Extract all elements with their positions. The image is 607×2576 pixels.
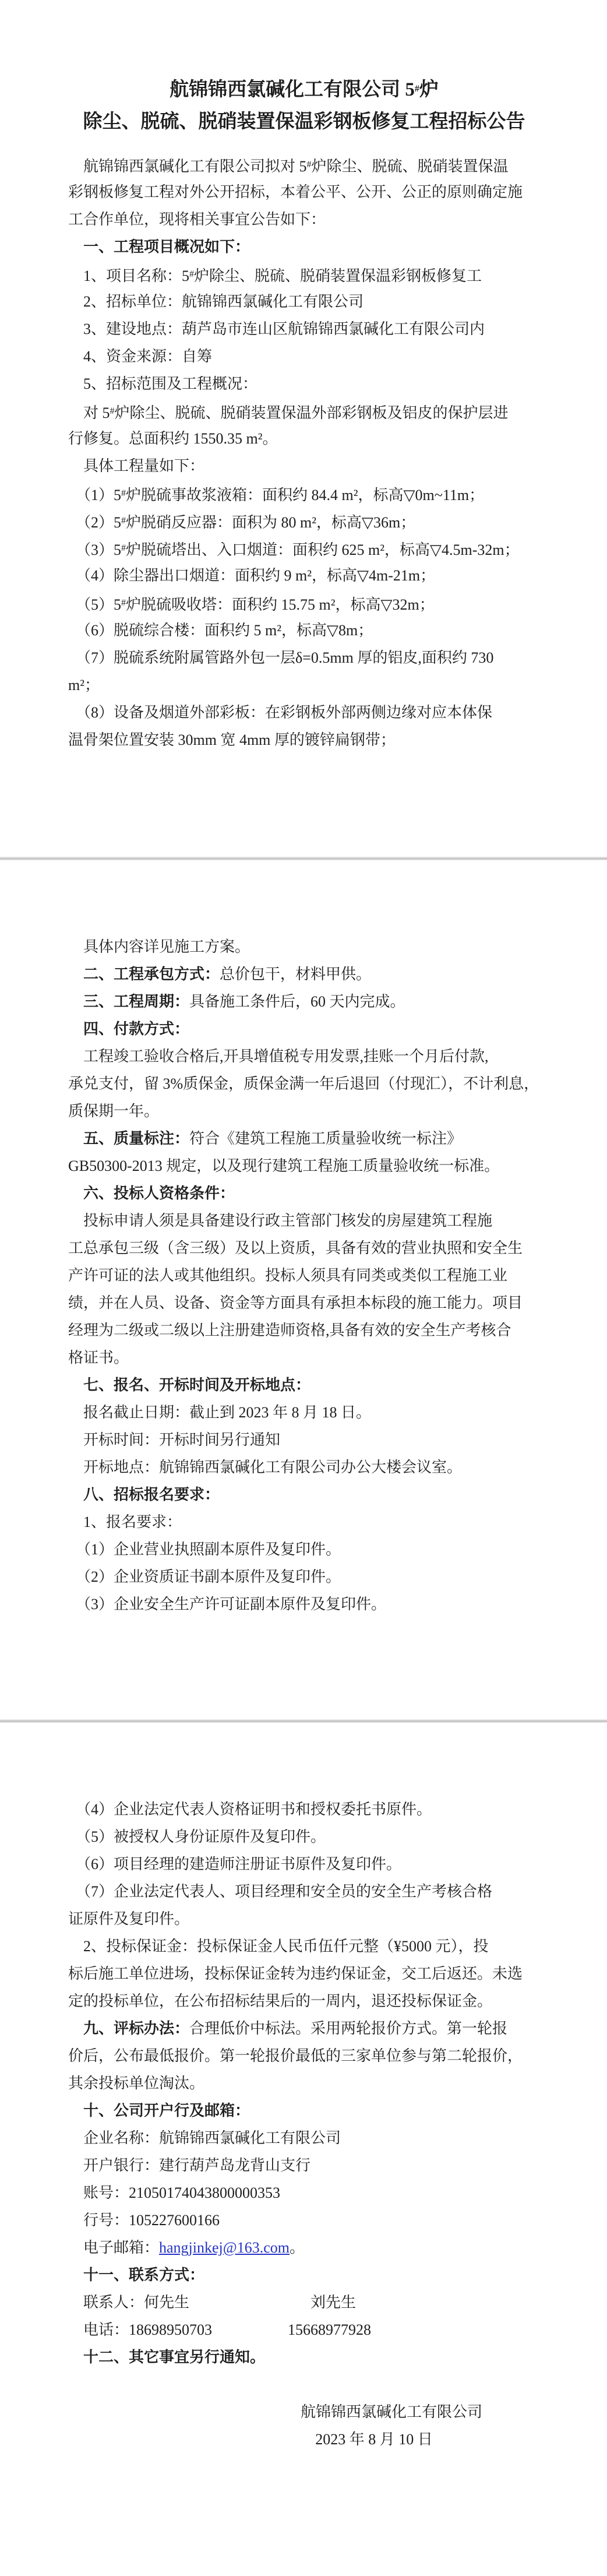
text-line: 开标地点：航锦锦西氯碱化工有限公司办公大楼会议室。 [68,1454,540,1481]
text-line: 四、付款方式： [68,1015,540,1043]
text-segment: 报名截止日期：截止到 2023 年 8 月 18 日。 [68,1404,371,1421]
text-segment: 经理为二级或二级以上注册建造师资格,具备有效的安全生产考核合 [68,1322,511,1339]
text-segment: # [121,543,126,553]
document-page-3: （4）企业法定代表人资格证明书和授权委托书原件。 （5）被授权人身份证原件及复印… [0,1723,607,2576]
text-segment: （6）脱硫综合楼：面积约 5 m²，标高▽8m； [68,622,373,639]
text-segment: 2、投标保证金：投标保证金人民币伍仟元整（¥5000 元），投 [68,1938,489,1955]
text-line: m²； [68,671,540,699]
text-line: 工合作单位，现将相关事宜公告如下： [68,206,540,233]
text-segment: 炉脱硝反应器：面积为 80 m²，标高▽36m； [126,514,415,531]
text-line: （8）设备及烟道外部彩板：在彩钢板外部两侧边缘对应本体保 [68,699,540,726]
text-segment: （5）被授权人身份证原件及复印件。 [68,1828,326,1845]
text-line: 5、招标范围及工程概况： [68,370,540,397]
text-segment: 行号：105227600166 [68,2212,220,2229]
text-segment: 二、工程承包方式： [83,966,220,983]
text-segment: # [121,488,126,498]
text-segment: （3）企业安全生产许可证副本原件及复印件。 [68,1596,386,1613]
text-segment: 三、工程周期： [83,993,189,1010]
text-line: 电子邮箱：hangjinkej@163.com。 [68,2234,540,2261]
text-segment: 开户银行：建行葫芦岛龙背山支行 [68,2157,310,2174]
text-segment: 八、招标报名要求： [83,1486,220,1503]
document-page-2: 具体内容详见施工方案。 二、工程承包方式：总价包干，材料甲供。 三、工程周期：具… [0,860,607,1719]
text-line: 格证书。 [68,1344,540,1371]
text-segment: 十一、联系方式： [83,2267,204,2283]
signature-line: 航锦锦西氯碱化工有限公司 [68,2398,540,2426]
text-segment: （4）企业法定代表人资格证明书和授权委托书原件。 [68,1801,432,1818]
text-line: （2）5#炉脱硝反应器：面积为 80 m²，标高▽36m； [68,507,540,534]
text-line: 其余投标单位淘汰。 [68,2070,540,2097]
text-segment: （5）5 [68,596,121,613]
text-segment [68,1020,83,1037]
text-line: 定的投标单位，在公布招标结果后的一周内，退还投标保证金。 [68,1987,540,2015]
text-segment: 绩，并在人员、设备、资金等方面具有承担本标段的施工能力。项目 [68,1294,523,1311]
text-line: 价后，公布最低报价。第一轮报价最低的三家单位参与第二轮报价， [68,2042,540,2070]
spacer-line [68,2371,540,2398]
text-segment: 航锦锦西氯碱化工有限公司拟对 5 [68,158,307,175]
text-line: 行号：105227600166 [68,2207,540,2234]
text-line: 具体工程量如下： [68,452,540,480]
document-page-1: 航锦锦西氯碱化工有限公司 5#炉除尘、脱硫、脱硝装置保温彩钢板修复工程招标公告 … [0,0,607,857]
text-line: （3）5#炉脱硫塔出、入口烟道：面积约 625 m²，标高▽4.5m-32m； [68,534,540,562]
text-segment: m²； [68,677,100,694]
text-segment: 5、招标范围及工程概况： [68,375,257,392]
text-segment: 4、资金来源：自筹 [68,348,212,365]
text-segment [68,2102,83,2119]
text-line: 三、工程周期：具备施工条件后，60 天内完成。 [68,988,540,1015]
text-segment: # [415,84,419,94]
text-line: 十一、联系方式： [68,2261,540,2289]
text-segment [68,2267,83,2283]
text-segment: 炉除尘、脱硫、脱硝装置保温彩钢板修复工 [194,268,482,284]
text-segment: （7）企业法定代表人、项目经理和安全员的安全生产考核合格 [68,1883,492,1900]
text-line: 开户银行：建行葫芦岛龙背山支行 [68,2152,540,2179]
text-segment [68,1185,83,1202]
text-line: 八、招标报名要求： [68,1481,540,1508]
text-line: 4、资金来源：自筹 [68,343,540,370]
text-line: 产许可证的法人或其他组织。投标人须具有同类或类似工程施工业 [68,1262,540,1289]
text-segment: 四、付款方式： [83,1020,189,1037]
text-segment: 七、报名、开标时间及开标地点： [83,1377,310,1393]
text-line: GB50300-2013 规定，以及现行建筑工程施工质量验收统一标准。 [68,1152,540,1180]
text-line: 1、报名要求： [68,1508,540,1536]
text-segment: 1、报名要求： [68,1514,182,1530]
text-line: 证原件及复印件。 [68,1905,540,1933]
text-segment: # [307,160,312,170]
text-line: （5）5#炉脱硫吸收塔：面积约 15.75 m²，标高▽32m； [68,589,540,617]
text-line: 七、报名、开标时间及开标地点： [68,1371,540,1399]
text-segment: 航锦锦西氯碱化工有限公司 5 [170,79,415,100]
text-line: （1）企业营业执照副本原件及复印件。 [68,1536,540,1563]
text-line: 工总承包三级（含三级）及以上资质，具备有效的营业执照和安全生 [68,1234,540,1262]
text-segment: 开标时间：开标时间另行通知 [68,1431,280,1448]
text-segment: 联系人：何先生 刘先生 [68,2294,356,2311]
text-segment: 工程竣工验收合格后,开具增值税专用发票,挂账一个月后付款, [68,1048,489,1065]
text-line: 3、建设地点：葫芦岛市连山区航锦锦西氯碱化工有限公司内 [68,315,540,343]
text-segment: 电子邮箱： [68,2239,159,2256]
text-line: （3）企业安全生产许可证副本原件及复印件。 [68,1590,540,1618]
text-segment: 温骨架位置安装 30mm 宽 4mm 厚的镀锌扁钢带； [68,731,396,748]
text-segment [68,993,83,1010]
text-segment: 行修复。总面积约 1550.35 m²。 [68,430,278,447]
text-segment: 九、评标办法： [83,2020,189,2037]
text-segment [68,966,83,983]
text-line: 质保期一年。 [68,1097,540,1125]
doc-title-line: 除尘、脱硫、脱硝装置保温彩钢板修复工程招标公告 [68,105,540,138]
text-line: 电话：18698950703 15668977928 [68,2316,540,2343]
text-segment: （4）除尘器出口烟道：面积约 9 m²，标高▽4m-21m； [68,567,435,584]
text-line: 对 5#炉除尘、脱硫、脱硝装置保温外部彩钢板及铝皮的保护层进 [68,397,540,425]
email-link[interactable]: hangjinkej@163.com [159,2239,290,2256]
text-segment: 产许可证的法人或其他组织。投标人须具有同类或类似工程施工业 [68,1267,507,1284]
text-segment: 2、招标单位：航锦锦西氯碱化工有限公司 [68,293,364,310]
text-line: 1、项目名称：5#炉除尘、脱硫、脱硝装置保温彩钢板修复工 [68,261,540,288]
text-line: 承兑支付，留 3%质保金，质保金满一年后退回（付现汇），不计利息， [68,1070,540,1097]
text-segment: 合理低价中标法。采用两轮报价方式。第一轮报 [189,2020,507,2037]
text-segment: 炉脱硫塔出、入口烟道：面积约 625 m²，标高▽4.5m-32m； [126,541,520,558]
text-segment: 企业名称：航锦锦西氯碱化工有限公司 [68,2130,341,2146]
text-line: （2）企业资质证书副本原件及复印件。 [68,1563,540,1590]
text-line: 工程竣工验收合格后,开具增值税专用发票,挂账一个月后付款, [68,1043,540,1070]
text-line: （4）企业法定代表人资格证明书和授权委托书原件。 [68,1796,540,1823]
text-line: 一、工程项目概况如下： [68,233,540,261]
text-segment: 具备施工条件后，60 天内完成。 [189,993,405,1010]
text-segment: 开标地点：航锦锦西氯碱化工有限公司办公大楼会议室。 [68,1459,462,1476]
text-line: （6）项目经理的建造师注册证书原件及复印件。 [68,1850,540,1878]
text-segment: （7）脱硫系统附属管路外包一层δ=0.5mm 厚的铝皮,面积约 730 [68,649,493,666]
text-line: 航锦锦西氯碱化工有限公司拟对 5#炉除尘、脱硫、脱硝装置保温 [68,151,540,178]
text-segment: 。 [290,2239,305,2256]
text-segment: # [189,269,194,279]
text-segment [68,238,83,255]
text-segment [68,2020,83,2037]
text-line: 六、投标人资格条件： [68,1180,540,1207]
text-segment: 标后施工单位进场，投标保证金转为违约保证金，交工后返还。未选 [68,1965,523,1982]
text-line: 经理为二级或二级以上注册建造师资格,具备有效的安全生产考核合 [68,1317,540,1344]
text-line: 五、质量标注：符合《建筑工程施工质量验收统一标注》 [68,1125,540,1152]
text-line: （7）企业法定代表人、项目经理和安全员的安全生产考核合格 [68,1878,540,1905]
text-segment: 航锦锦西氯碱化工有限公司 [301,2403,482,2420]
text-line: 二、工程承包方式：总价包干，材料甲供。 [68,960,540,988]
text-segment: 炉脱硫事故浆液箱：面积约 84.4 m²，标高▽0m~11m； [126,487,484,504]
text-segment: 承兑支付，留 3%质保金，质保金满一年后退回（付现汇），不计利息， [68,1075,539,1092]
text-segment: 符合《建筑工程施工质量验收统一标注》 [189,1130,462,1147]
text-segment: 彩钢板修复工程对外公开招标，本着公平、公开、公正的原则确定施 [68,184,523,200]
text-line: 行修复。总面积约 1550.35 m²。 [68,425,540,452]
text-segment [68,1130,83,1147]
text-segment: 十二、其它事宜另行通知。 [83,2349,265,2366]
text-segment [68,1486,83,1503]
text-line: （1）5#炉脱硫事故浆液箱：面积约 84.4 m²，标高▽0m~11m； [68,480,540,507]
text-segment: 质保期一年。 [68,1103,159,1120]
text-segment: 六、投标人资格条件： [83,1185,235,1202]
text-line: （4）除尘器出口烟道：面积约 9 m²，标高▽4m-21m； [68,562,540,589]
text-segment: GB50300-2013 规定，以及现行建筑工程施工质量验收统一标准。 [68,1157,499,1174]
text-segment: 工总承包三级（含三级）及以上资质，具备有效的营业执照和安全生 [68,1240,523,1257]
text-segment: 总价包干，材料甲供。 [220,966,371,983]
text-segment: 炉脱硫吸收塔：面积约 15.75 m²，标高▽32m； [126,596,435,613]
text-line: 温骨架位置安装 30mm 宽 4mm 厚的镀锌扁钢带； [68,726,540,754]
text-line: 绩，并在人员、设备、资金等方面具有承担本标段的施工能力。项目 [68,1289,540,1317]
text-segment: # [121,598,126,608]
text-segment: 具体内容详见施工方案。 [68,938,250,955]
text-segment: （2）5 [68,514,121,531]
text-segment: （2）企业资质证书副本原件及复印件。 [68,1568,341,1585]
text-segment: # [121,516,126,526]
text-segment: （1）企业营业执照副本原件及复印件。 [68,1541,341,1558]
text-segment: 对 5 [68,404,110,421]
text-segment: 定的投标单位，在公布招标结果后的一周内，退还投标保证金。 [68,1993,492,2010]
text-segment: 一、工程项目概况如下： [83,238,250,255]
text-segment: （3）5 [68,541,121,558]
text-segment: 炉除尘、脱硫、脱硝装置保温 [312,158,509,175]
text-segment: 账号：21050174043800000353 [68,2184,280,2201]
text-line: 九、评标办法：合理低价中标法。采用两轮报价方式。第一轮报 [68,2015,540,2042]
text-line: 具体内容详见施工方案。 [68,933,540,960]
text-segment: 1、项目名称：5 [68,268,189,284]
text-segment: （1）5 [68,487,121,504]
text-line: 投标申请人须是具备建设行政主管部门核发的房屋建筑工程施 [68,1207,540,1234]
text-segment: 格证书。 [68,1349,129,1366]
doc-title-line: 航锦锦西氯碱化工有限公司 5#炉 [68,73,540,105]
text-line: 2、招标单位：航锦锦西氯碱化工有限公司 [68,288,540,315]
text-line: 彩钢板修复工程对外公开招标，本着公平、公开、公正的原则确定施 [68,178,540,206]
text-line: 开标时间：开标时间另行通知 [68,1426,540,1454]
text-line: 企业名称：航锦锦西氯碱化工有限公司 [68,2124,540,2152]
text-segment: 2023 年 8 月 10 日 [315,2431,433,2448]
text-segment: 工合作单位，现将相关事宜公告如下： [68,211,326,228]
text-line: （5）被授权人身份证原件及复印件。 [68,1823,540,1850]
text-line: 联系人：何先生 刘先生 [68,2289,540,2316]
text-segment: 除尘、脱硫、脱硝装置保温彩钢板修复工程招标公告 [83,111,525,132]
text-line: 2、投标保证金：投标保证金人民币伍仟元整（¥5000 元），投 [68,1933,540,1960]
spacer-line [68,138,540,151]
text-line: 标后施工单位进场，投标保证金转为违约保证金，交工后返还。未选 [68,1960,540,1987]
document-root: { "meta": { "doc_label": "航锦锦西氯碱化工有限公司5#… [0,0,607,2576]
text-segment: 价后，公布最低报价。第一轮报价最低的三家单位参与第二轮报价， [68,2047,523,2064]
text-line: 十、公司开户行及邮箱： [68,2097,540,2124]
text-line: （7）脱硫系统附属管路外包一层δ=0.5mm 厚的铝皮,面积约 730 [68,644,540,671]
signature-line: 2023 年 8 月 10 日 [68,2426,540,2453]
document-container: 航锦锦西氯碱化工有限公司 5#炉除尘、脱硫、脱硝装置保温彩钢板修复工程招标公告 … [0,0,607,2576]
text-segment: 3、建设地点：葫芦岛市连山区航锦锦西氯碱化工有限公司内 [68,321,485,337]
text-segment: 其余投标单位淘汰。 [68,2075,204,2092]
text-segment: 五、质量标注： [83,1130,189,1147]
text-line: （6）脱硫综合楼：面积约 5 m²，标高▽8m； [68,617,540,644]
text-line: 十二、其它事宜另行通知。 [68,2343,540,2371]
text-segment: 证原件及复印件。 [68,1910,189,1927]
text-segment: 电话：18698950703 15668977928 [68,2321,371,2338]
text-segment: 投标申请人须是具备建设行政主管部门核发的房屋建筑工程施 [68,1212,492,1229]
text-segment: （6）项目经理的建造师注册证书原件及复印件。 [68,1856,401,1873]
text-segment: （8）设备及烟道外部彩板：在彩钢板外部两侧边缘对应本体保 [68,704,492,721]
text-line: 报名截止日期：截止到 2023 年 8 月 18 日。 [68,1399,540,1426]
text-segment [68,1377,83,1393]
text-segment: 炉 [419,79,439,100]
text-segment: 炉除尘、脱硫、脱硝装置保温外部彩钢板及铝皮的保护层进 [115,404,509,421]
text-segment: # [110,406,115,416]
text-segment [68,2349,83,2366]
text-segment: 十、公司开户行及邮箱： [83,2102,250,2119]
text-segment: 具体工程量如下： [68,458,204,474]
text-line: 账号：21050174043800000353 [68,2179,540,2207]
